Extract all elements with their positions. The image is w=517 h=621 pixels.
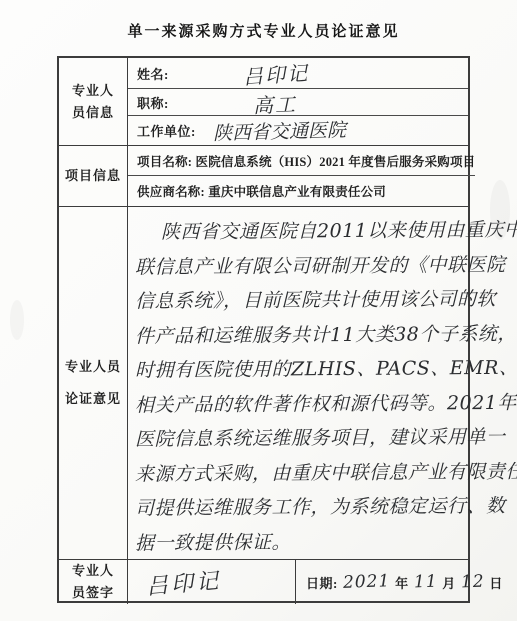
project-info-header: 项目信息 xyxy=(59,146,128,206)
personnel-info-header-line1: 专业人 xyxy=(72,80,114,102)
signature-header: 专业人 员签字 xyxy=(59,560,128,604)
opinion-header-line1: 专业人员 xyxy=(65,356,121,378)
supplier-name-label: 供应商名称: xyxy=(137,185,205,199)
work-unit-handwritten-value: 陕西省交通医院 xyxy=(213,115,347,145)
project-name-value: 医院信息系统（HIS）2021 年度售后服务采购项目 xyxy=(196,155,476,169)
opinion-line: 司提供运维服务工作，为系统稳定运行、数 xyxy=(135,489,517,526)
opinion-line: 陕西省交通医院自2011以来使用由重庆中 xyxy=(135,213,517,250)
section-opinion: 专业人员 论证意见 陕西省交通医院自2011以来使用由重庆中 联信息产业有限公司… xyxy=(59,207,468,560)
section-personnel-info: 专业人 员信息 姓名: 吕印记 职称: 高工 工作单位: 陕西省交通医院 xyxy=(59,58,468,146)
opinion-line: 信息系统》，目前医院共计使用该公司的软 xyxy=(135,282,517,319)
row-name: 姓名: 吕印记 xyxy=(128,58,468,89)
row-supplier-name: 供应商名称: 重庆中联信息产业有限责任公司 xyxy=(128,176,475,206)
section-project-info: 项目信息 项目名称: 医院信息系统（HIS）2021 年度售后服务采购项目 供应… xyxy=(59,146,468,207)
row-job-title: 职称: 高工 xyxy=(128,89,468,116)
section-signature: 专业人 员签字 吕印记 日期: 2021 年 11 月 12 日 xyxy=(59,560,468,604)
date-label: 日期: xyxy=(306,573,338,592)
supplier-name-value: 重庆中联信息产业有限责任公司 xyxy=(208,185,386,199)
personnel-info-header: 专业人 员信息 xyxy=(59,58,128,145)
opinion-line: 联信息产业有限公司研制开发的《中联医院 xyxy=(135,247,517,284)
name-label: 姓名: xyxy=(137,64,169,83)
date-day-unit: 日 xyxy=(489,573,503,592)
project-info-header-text: 项目信息 xyxy=(65,165,121,187)
date-year-unit: 年 xyxy=(395,573,409,592)
opinion-line: 医院信息系统运维服务项目，建议采用单一 xyxy=(135,420,517,457)
row-work-unit: 工作单位: 陕西省交通医院 xyxy=(128,116,468,145)
name-handwritten-value: 吕印记 xyxy=(242,57,310,91)
date-month-handwritten: 11 xyxy=(413,572,437,593)
opinion-line: 相关产品的软件著作权和源代码等。2021年 xyxy=(135,385,517,422)
date-month-unit: 月 xyxy=(442,573,456,592)
row-project-name: 项目名称: 医院信息系统（HIS）2021 年度售后服务采购项目 xyxy=(128,146,475,176)
work-unit-label: 工作单位: xyxy=(137,121,196,140)
form-table: 专业人 员信息 姓名: 吕印记 职称: 高工 工作单位: 陕西省交通医院 项目信… xyxy=(57,56,470,603)
scan-smudge xyxy=(490,180,510,240)
signature-cell: 吕印记 xyxy=(128,560,295,604)
signature-header-line1: 专业人 xyxy=(72,560,114,582)
page-title: 单一来源采购方式专业人员论证意见 xyxy=(57,20,470,41)
project-name-label: 项目名称: xyxy=(137,155,192,169)
opinion-line: 件产品和运维服务共计11大类38个子系统，同 xyxy=(135,316,517,353)
date-year-handwritten: 2021 xyxy=(343,571,391,593)
signature-handwritten: 吕印记 xyxy=(145,563,222,600)
signature-header-line2: 员签字 xyxy=(72,582,114,604)
scan-smudge xyxy=(10,300,24,340)
opinion-header: 专业人员 论证意见 xyxy=(59,207,128,559)
opinion-line: 据一致提供保证。 xyxy=(135,523,517,560)
opinion-line: 来源方式采购，由重庆中联信息产业有限责任公 xyxy=(135,454,517,491)
opinion-line: 时拥有医院使用的ZLHIS、PACS、EMR、LIS xyxy=(135,351,517,388)
date-day-handwritten: 12 xyxy=(460,572,484,593)
job-title-handwritten-value: 高工 xyxy=(253,88,298,119)
date-cell: 日期: 2021 年 11 月 12 日 xyxy=(295,560,503,604)
job-title-label: 职称: xyxy=(137,93,169,112)
opinion-header-line2: 论证意见 xyxy=(65,388,121,410)
personnel-info-header-line2: 员信息 xyxy=(72,102,114,124)
opinion-handwritten-text: 陕西省交通医院自2011以来使用由重庆中 联信息产业有限公司研制开发的《中联医院… xyxy=(128,207,517,559)
